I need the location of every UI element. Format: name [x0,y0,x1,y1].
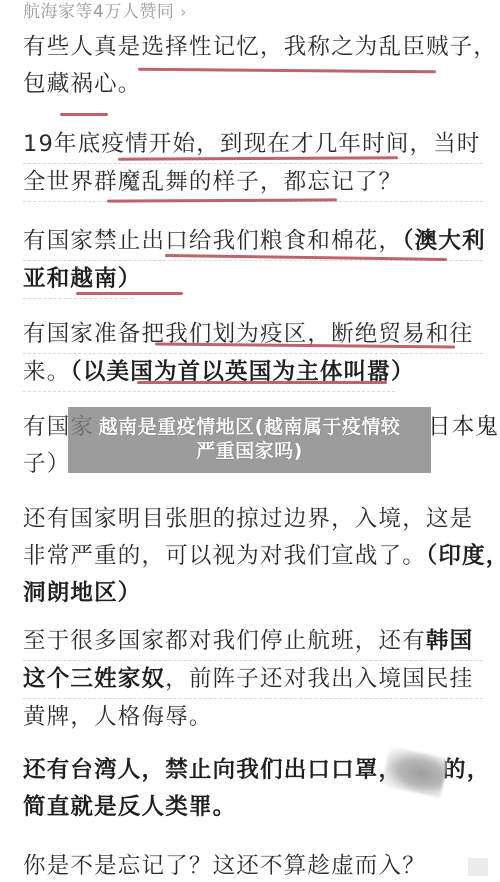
text-line: 黄牌，人格侮辱。 [23,699,483,736]
text-normal: 有国家禁止出口给我们粮食和棉花， [23,228,402,254]
text-line: 全世界群魔乱舞的样子，都忘记了？ [23,164,483,202]
text-line: 这个三姓家奴，前阵子还对我出入境国民挂 [23,661,483,699]
paragraph-7: 至于很多国家都对我们停止航班，还有韩国 这个三姓家奴，前阵子还对我出入境国民挂 … [23,623,483,736]
text-bold: 洞朗地区） [23,580,142,606]
text-line: 洞朗地区） [23,575,483,612]
text-line: 来。（以美国为首以英国为主体叫嚣） [23,354,395,392]
title-overlay-banner: 越南是重疫情地区(越南属于疫情较 严重国家吗) [68,407,431,473]
text-normal: 子） [23,451,70,477]
text-bold: 简直就是反人类罪。 [23,794,236,820]
text-tail: 的， [443,752,490,789]
text-normal: ，前阵子还对我出入境国民挂 [165,666,473,692]
likes-link[interactable]: 航海家等4万人赞同› [23,0,187,24]
text-bold: （澳大利 [402,228,486,254]
banner-line-2: 严重国家吗) [68,439,431,463]
red-underline [60,113,108,116]
text-normal: 非常严重的，可以视为对我们宣战了。 [23,543,426,569]
red-underline [137,381,387,384]
text-normal: 黄牌，人格侮辱。 [23,704,213,730]
paragraph-6: 还有国家明目张胆的掠过边界，入境，这是 非常严重的，可以视为对我们宣战了。（印度… [23,501,483,612]
text-bold: 这个三姓家奴 [23,666,165,692]
watermark-square [468,858,488,876]
text-line: 至于很多国家都对我们停止航班，还有韩国 [23,623,483,661]
text-bold: （印度， [426,543,500,569]
text-bold: 亚和越南） [23,266,142,292]
paragraph-2: 19年底疫情开始，到现在才几年时间，当时 全世界群魔乱舞的样子，都忘记了？ [23,126,483,202]
text-bold: 还有台湾人，禁止向我们出口口罩， [23,757,402,783]
banner-line-1: 越南是重疫情地区(越南属于疫情较 [68,415,431,439]
text-line: 非常严重的，可以视为对我们宣战了。（印度， [23,538,483,575]
text-tail: 日本鬼 [428,409,499,446]
paragraph-1: 有些人真是选择性记忆，我称之为乱臣贼子， 包藏祸心。 [23,29,483,103]
red-underline [76,292,183,295]
text-line: 有国家准备把我们划为疫区，断绝贸易和往 [23,316,483,354]
text-bold: 韩国 [426,628,473,654]
paragraph-9: 你是不是忘记了？这还不算趁虚而入？ [23,848,483,882]
text-line: 简直就是反人类罪。 [23,789,483,826]
paragraph-3: 有国家禁止出口给我们粮食和棉花，（澳大利 亚和越南） [23,223,483,299]
text-normal: 来。 [23,359,70,385]
text-line: 你是不是忘记了？这还不算趁虚而入？ [23,848,483,882]
text-line: 还有国家明目张胆的掠过边界，入境，这是 [23,501,483,538]
text-normal: 至于很多国家都对我们停止航班，还有 [23,628,426,654]
text-line: 有些人真是选择性记忆，我称之为乱臣贼子， [23,29,483,66]
likes-text: 航海家等4万人赞同 [23,2,174,22]
chevron-right-icon: › [180,3,187,21]
text-normal: 还有国家明目张胆的掠过边界，入境，这是 [23,506,473,532]
